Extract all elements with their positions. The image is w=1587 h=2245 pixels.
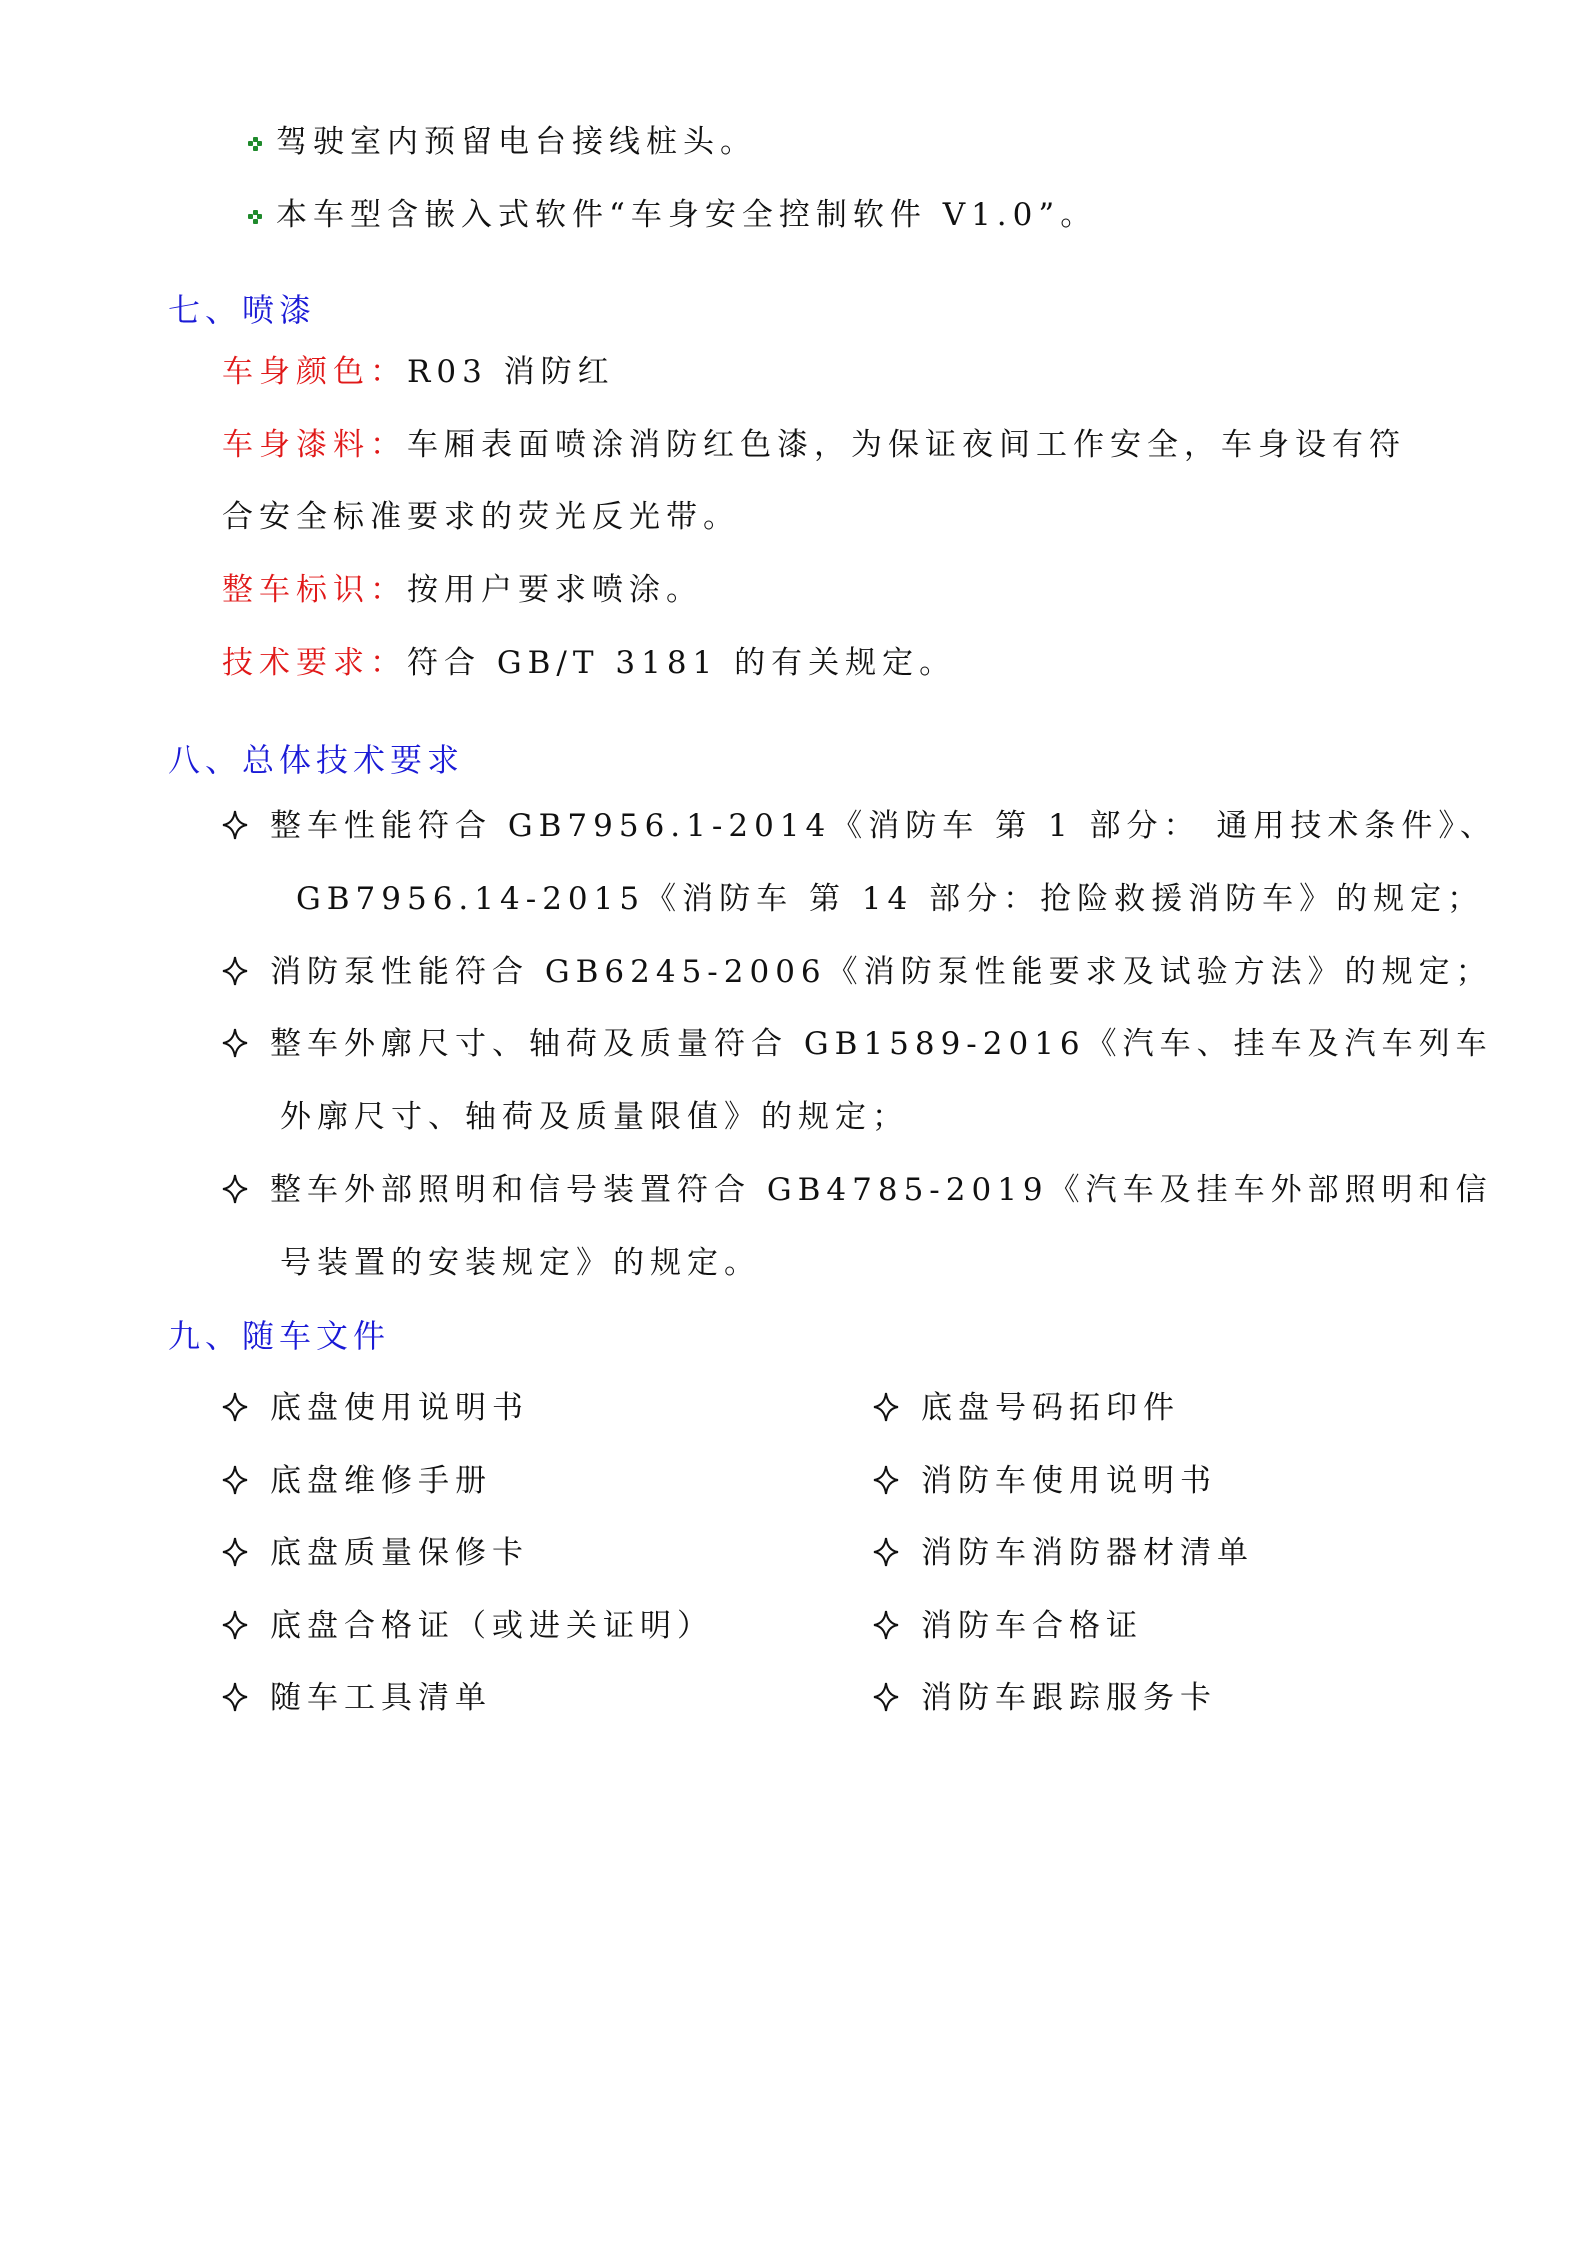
four-point-star-bullet-icon <box>222 1537 248 1567</box>
field-tech-requirements: 技术要求：符合 GB/T 3181 的有关规定。 <box>222 643 956 683</box>
field-value: 车厢表面喷涂消防红色漆，为保证夜间工作安全，车身设有符 <box>407 427 1406 463</box>
requirement-item-continuation: GB7956.14-2015《消防车 第 14 部分：抢险救援消防车》的规定； <box>296 879 1484 919</box>
green-diamond-bullet-icon <box>248 137 262 151</box>
four-point-star-bullet-icon <box>222 1682 248 1712</box>
four-point-star-bullet-icon <box>873 1610 899 1640</box>
field-body-paint-continuation: 合安全标准要求的荧光反光带。 <box>222 497 740 537</box>
document-list-item: 底盘号码拓印件 <box>873 1388 1180 1428</box>
four-point-star-bullet-icon <box>873 1392 899 1422</box>
four-point-star-bullet-icon <box>873 1682 899 1712</box>
document-page: 驾驶室内预留电台接线桩头。 本车型含嵌入式软件“车身安全控制软件 V1.0”。 … <box>0 0 1587 2245</box>
requirement-item-continuation: 外廓尺寸、轴荷及质量限值》的规定； <box>280 1097 909 1137</box>
green-diamond-bullet-icon <box>248 210 262 224</box>
four-point-star-bullet-icon <box>222 1610 248 1640</box>
document-list-item: 消防车合格证 <box>873 1606 1143 1646</box>
requirement-item: 整车性能符合 GB7956.1-2014《消防车 第 1 部分： 通用技术条件》… <box>222 806 1497 846</box>
section-heading-vehicle-documents: 九、随车文件 <box>168 1316 390 1356</box>
requirement-item: 整车外部照明和信号装置符合 GB4785-2019《汽车及挂车外部照明和信 <box>222 1170 1493 1210</box>
document-list-item: 底盘质量保修卡 <box>222 1533 529 1573</box>
field-body-paint: 车身漆料：车厢表面喷涂消防红色漆，为保证夜间工作安全，车身设有符 <box>222 425 1406 465</box>
list-item: 本车型含嵌入式软件“车身安全控制软件 V1.0”。 <box>248 195 1097 235</box>
four-point-star-bullet-icon <box>873 1537 899 1567</box>
field-label: 技术要求： <box>222 645 407 681</box>
requirement-item: 整车外廓尺寸、轴荷及质量符合 GB1589-2016《汽车、挂车及汽车列车 <box>222 1024 1493 1064</box>
document-list-item: 底盘使用说明书 <box>222 1388 529 1428</box>
four-point-star-bullet-icon <box>222 1465 248 1495</box>
four-point-star-bullet-icon <box>873 1465 899 1495</box>
section-heading-general-requirements: 八、总体技术要求 <box>168 740 464 780</box>
four-point-star-bullet-icon <box>222 956 248 986</box>
section-heading-paint: 七、喷漆 <box>168 290 316 330</box>
field-body-color: 车身颜色：R03 消防红 <box>222 352 615 392</box>
field-value: R03 消防红 <box>407 354 615 390</box>
document-list-item: 底盘合格证（或进关证明） <box>222 1606 714 1646</box>
four-point-star-bullet-icon <box>222 1392 248 1422</box>
field-vehicle-marking: 整车标识：按用户要求喷涂。 <box>222 570 703 610</box>
list-item: 驾驶室内预留电台接线桩头。 <box>248 122 757 162</box>
requirement-item-continuation: 号装置的安装规定》的规定。 <box>280 1243 761 1283</box>
four-point-star-bullet-icon <box>222 1028 248 1058</box>
document-list-item: 消防车跟踪服务卡 <box>873 1678 1217 1718</box>
field-label: 整车标识： <box>222 572 407 608</box>
field-value: 符合 GB/T 3181 的有关规定。 <box>407 645 956 681</box>
document-list-item: 底盘维修手册 <box>222 1461 492 1501</box>
requirement-item: 消防泵性能符合 GB6245-2006《消防泵性能要求及试验方法》的规定； <box>222 952 1493 992</box>
field-label: 车身颜色： <box>222 354 407 390</box>
document-list-item: 随车工具清单 <box>222 1678 492 1718</box>
document-list-item: 消防车消防器材清单 <box>873 1533 1254 1573</box>
field-label: 车身漆料： <box>222 427 407 463</box>
document-list-item: 消防车使用说明书 <box>873 1461 1217 1501</box>
four-point-star-bullet-icon <box>222 810 248 840</box>
four-point-star-bullet-icon <box>222 1174 248 1204</box>
field-value: 按用户要求喷涂。 <box>407 572 703 608</box>
